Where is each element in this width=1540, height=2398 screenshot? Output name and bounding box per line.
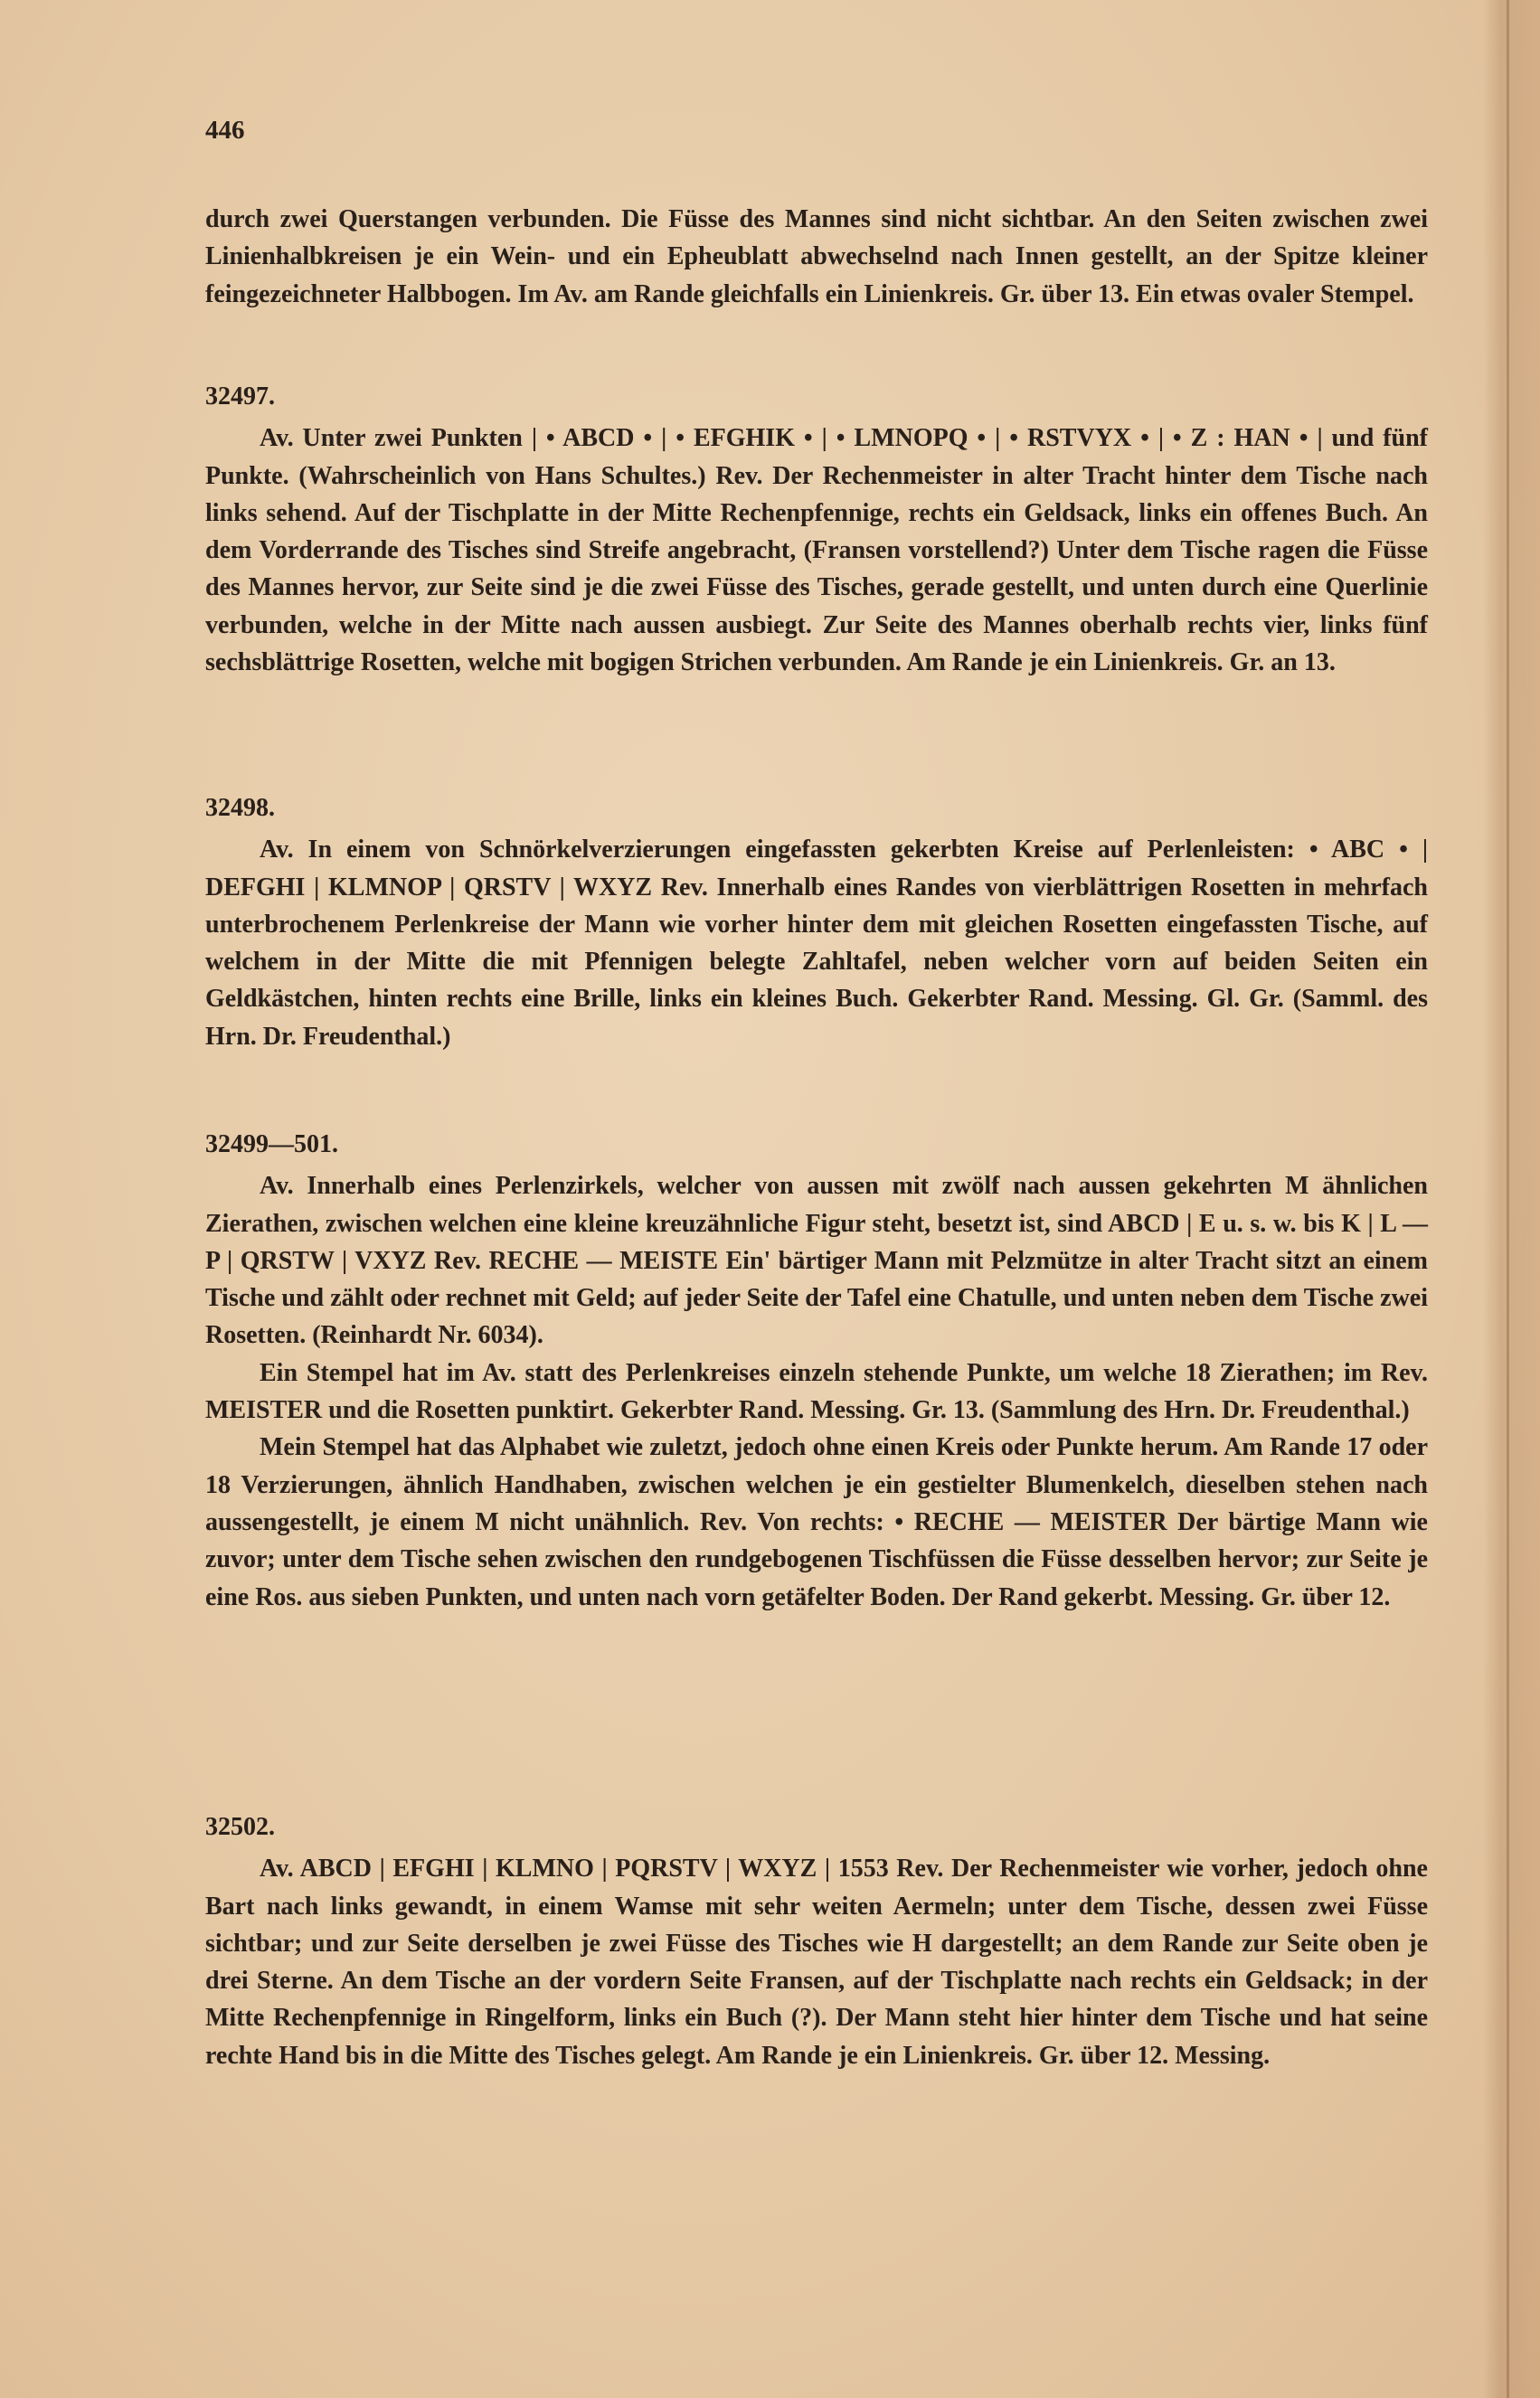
- entry-number: 32499—501.: [205, 1126, 1428, 1163]
- paragraph: Av. Unter zwei Punkten | • ABCD • | • EF…: [205, 420, 1428, 681]
- entry-number: 32502.: [205, 1808, 1428, 1846]
- section-continuation: durch zwei Querstangen verbunden. Die Fü…: [205, 201, 1428, 313]
- entry-32502: 32502. Av. ABCD | EFGHI | KLMNO | PQRSTV…: [205, 1808, 1428, 2074]
- entry-32498: 32498. Av. In einem von Schnörkelverzier…: [205, 789, 1428, 1055]
- paragraph: Av. Innerhalb eines Perlenzirkels, welch…: [205, 1167, 1428, 1354]
- paragraph: Mein Stempel hat das Alphabet wie zuletz…: [205, 1429, 1428, 1615]
- paragraph: Av. ABCD | EFGHI | KLMNO | PQRSTV | WXYZ…: [205, 1850, 1428, 2074]
- entry-32497: 32497. Av. Unter zwei Punkten | • ABCD •…: [205, 378, 1428, 681]
- paragraph: Av. In einem von Schnörkelverzierungen e…: [205, 831, 1428, 1055]
- paragraph: Ein Stempel hat im Av. statt des Perlenk…: [205, 1355, 1428, 1430]
- paragraph: durch zwei Querstangen verbunden. Die Fü…: [205, 201, 1428, 313]
- entry-number: 32497.: [205, 378, 1428, 415]
- entry-32499-501: 32499—501. Av. Innerhalb eines Perlenzir…: [205, 1126, 1428, 1616]
- page-number: 446: [205, 116, 245, 146]
- page-edge-shadow: [1507, 0, 1509, 2398]
- scanned-page: 446 durch zwei Querstangen verbunden. Di…: [0, 0, 1540, 2398]
- entry-number: 32498.: [205, 789, 1428, 826]
